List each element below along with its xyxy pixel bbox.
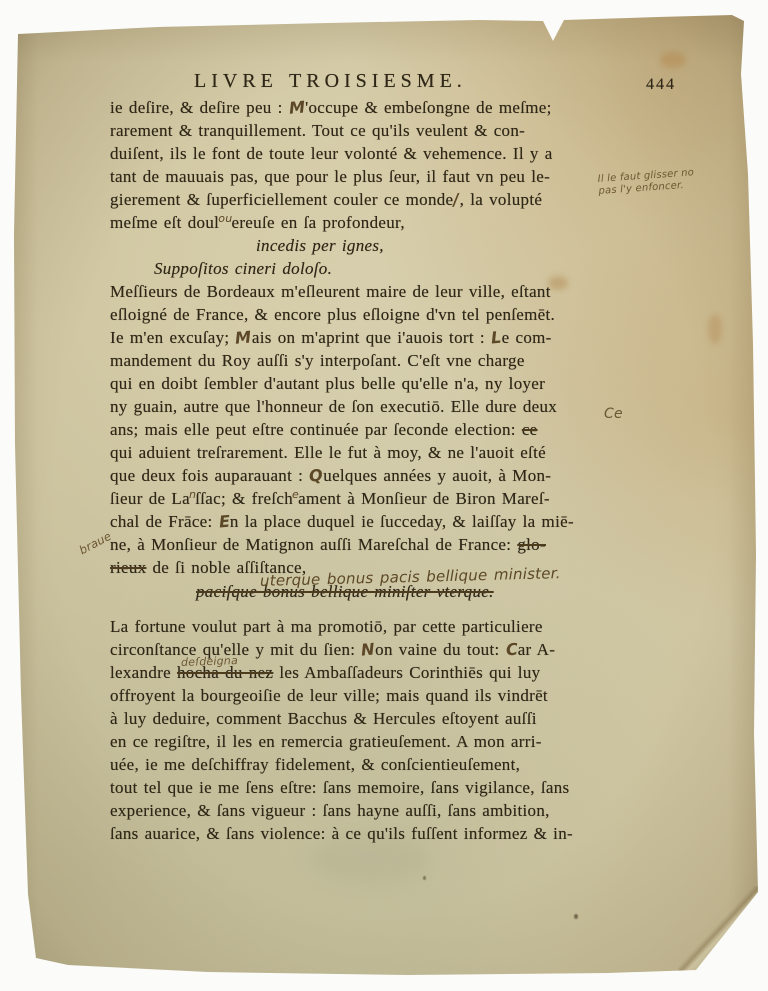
print-text: on vaine du tout: (375, 640, 505, 659)
ink-correction: M (235, 325, 253, 349)
ink-correction: M (288, 95, 306, 119)
text-line: tant de mauuais pas, que pour le plus ſe… (110, 165, 676, 188)
text-line: ne, à Monſieur de Matignon auſſi Mareſch… (110, 533, 676, 556)
corner-fold (678, 886, 758, 976)
print-text: La fortune voulut part à ma promotiō, pa… (110, 617, 543, 636)
print-text: lexandre (110, 663, 177, 682)
text-line: experience, & ſans vigueur : ſans hayne … (110, 799, 676, 822)
print-text: e com- (502, 328, 552, 347)
ink-correction: N (360, 637, 376, 661)
text-line: ſieur de Lanſſac; & freſcheament à Monſi… (110, 487, 676, 510)
paper-stain (708, 314, 722, 344)
text-line: ſans auarice, & ſans violence: à ce qu'i… (110, 822, 676, 845)
ink-correction: C (505, 638, 519, 662)
text-line: mandement du Roy auſſi s'y interpoſant. … (110, 349, 676, 372)
text-line: uée, ie me deſchiffray fidelement, & con… (110, 753, 676, 776)
print-text: ſans auarice, & ſans violence: à ce qu'i… (110, 824, 573, 843)
text-line: à luy deduire, comment Bacchus & Hercule… (110, 707, 676, 730)
ink-correction: E (218, 510, 231, 534)
print-text: qui aduient treſrarement. Elle le fut à … (110, 443, 546, 462)
print-text: ar A- (518, 640, 555, 659)
struck-text: rieux (110, 558, 146, 577)
text-line: eſloigné de France, & encore plus eſloig… (110, 303, 676, 326)
text-line: meſme eſt doulouereuſe en ſa profondeur, (110, 211, 676, 234)
print-text: gierement & ſuperficiellement couler ce … (110, 190, 453, 209)
print-text: duiſent, ils le font de toute leur volon… (110, 144, 553, 163)
text-line: La fortune voulut part à ma promotiō, pa… (110, 615, 676, 638)
print-text: offroyent la bourgeoiſie de leur ville; … (110, 686, 548, 705)
print-text: ſieur de La (110, 489, 190, 508)
print-text: ans; mais elle peut eſtre continuée par … (110, 420, 522, 439)
margin-note-ce: Ce (604, 406, 623, 422)
print-text: rarement & tranquillement. Tout ce qu'il… (110, 121, 525, 140)
interlinear-correction: n (189, 488, 196, 501)
text-line: lexandre hocha du nezdeſdeigna les Ambaſ… (110, 661, 676, 684)
paper-speck (574, 914, 578, 919)
print-text: experience, & ſans vigueur : ſans hayne … (110, 801, 550, 820)
text-line: en ce regiſtre, il les en remercia grati… (110, 730, 676, 753)
text-line: qui en doibt ſembler d'autant plus belle… (110, 372, 676, 395)
latin-quote-line: incedis per ignes, (110, 234, 676, 257)
print-text: que deux fois auparauant : (110, 466, 309, 485)
print-text: ereuſe en ſa profondeur, (232, 213, 405, 232)
interlinear-correction: e (292, 488, 299, 501)
latin-quote-line: Suppoſitos cineri doloſo. (110, 257, 676, 280)
print-text: ais on m'aprint que i'auois tort : (252, 328, 491, 347)
print-text: Ie m'en excuſay; (110, 328, 235, 347)
print-text: les Ambaſſadeurs Corinthiēs qui luy (273, 663, 540, 682)
corrected-phrase: hocha du nezdeſdeigna (177, 663, 273, 682)
print-text: ne, à Monſieur de Matignon auſſi Mareſch… (110, 535, 517, 554)
print-text: n la place duquel ie ſucceday, & laiſſay… (230, 512, 574, 531)
paper-stain (660, 52, 686, 68)
printed-text-block: LIVRE TROISIESME. 444 ie deſire, & deſir… (110, 70, 676, 845)
print-text: qui en doibt ſembler d'autant plus belle… (110, 374, 545, 393)
print-text: à luy deduire, comment Bacchus & Hercule… (110, 709, 537, 728)
text-line: gierement & ſuperficiellement couler ce … (110, 188, 676, 211)
text-line: chal de Frāce: En la place duquel ie ſuc… (110, 510, 676, 533)
text-line: Meſſieurs de Bordeaux m'eſleurent maire … (110, 280, 676, 303)
text-line: Ie m'en excuſay; Mais on m'aprint que i'… (110, 326, 676, 349)
print-text: uelques années y auoit, à Mon- (323, 466, 551, 485)
struck-text: glo- (517, 535, 546, 554)
text-line: que deux fois auparauant : Quelques anné… (110, 464, 676, 487)
handwritten-replacement: deſdeigna (181, 649, 239, 674)
text-line: ny guain, autre que l'honneur de ſon exe… (110, 395, 676, 418)
paper-speck (423, 876, 426, 880)
print-text: uée, ie me deſchiffray fidelement, & con… (110, 755, 520, 774)
text-line: qui aduient treſrarement. Elle le fut à … (110, 441, 676, 464)
print-text: , la volupté (460, 190, 543, 209)
interlinear-correction: ou (218, 212, 232, 225)
struck-text: ce (522, 420, 538, 439)
print-text: tout tel que ie me ſens eſtre: ſans memo… (110, 778, 569, 797)
page-number: 444 (646, 76, 676, 94)
corrected-latin-line: paciſque bonus bellique miniſter vterque… (110, 579, 676, 604)
print-text: ſſac; & freſch (195, 489, 293, 508)
print-text: chal de Frāce: (110, 512, 219, 531)
print-text: incedis per ignes, (256, 236, 384, 255)
text-line: rarement & tranquillement. Tout ce qu'il… (110, 119, 676, 142)
print-text: ny guain, autre que l'honneur de ſon exe… (110, 397, 557, 416)
print-text: ament à Monſieur de Biron Mareſ- (298, 489, 550, 508)
print-text: 'occupe & embeſongne de meſme; (305, 98, 552, 117)
print-text: ie deſire, & deſire peu : (110, 98, 289, 117)
print-text: mandement du Roy auſſi s'y interpoſant. … (110, 351, 525, 370)
print-text: Meſſieurs de Bordeaux m'eſleurent maire … (110, 282, 551, 301)
ink-correction: Q (308, 463, 324, 487)
print-text: eſloigné de France, & encore plus eſloig… (110, 305, 555, 324)
text-line: tout tel que ie me ſens eſtre: ſans memo… (110, 776, 676, 799)
text-line: ie deſire, & deſire peu : M'occupe & emb… (110, 96, 676, 119)
text-line: offroyent la bourgeoiſie de leur ville; … (110, 684, 676, 707)
text-line: ans; mais elle peut eſtre continuée par … (110, 418, 676, 441)
running-title: LIVRE TROISIESME. (194, 70, 467, 93)
print-text: Suppoſitos cineri doloſo. (154, 259, 332, 278)
page-header: LIVRE TROISIESME. 444 (110, 70, 676, 96)
ink-correction: L (490, 326, 503, 350)
print-text: meſme eſt doul (110, 213, 219, 232)
print-text: tant de mauuais pas, que pour le plus ſe… (110, 167, 550, 186)
print-text: en ce regiſtre, il les en remercia grati… (110, 732, 542, 751)
text-line: duiſent, ils le font de toute leur volon… (110, 142, 676, 165)
